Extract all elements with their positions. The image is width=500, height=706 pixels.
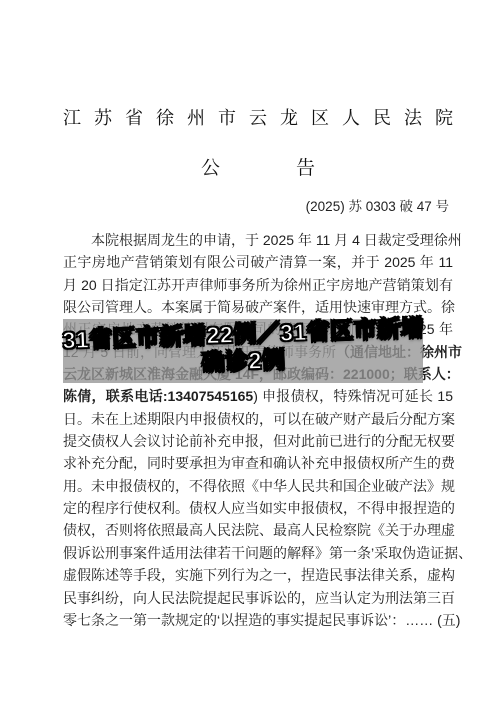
- body-text-segment: 提交债权人会议讨论前补充申报，但对此前已进行的分配无权要: [63, 433, 455, 449]
- body-line: 定的程序行使权利。债权人应当如实申报债权，不得申报捏造的: [63, 497, 453, 519]
- case-number: (2025) 苏 0303 破 47 号: [63, 198, 453, 216]
- body-line: 月 20 日指定江苏开声律师事务所为徐州正宇房地产营销策划有: [63, 274, 453, 296]
- body-line: 本院根据周龙生的申请，于 2025 年 11 月 4 日裁定受理徐州: [63, 229, 453, 251]
- body-line: 日。未在上述期限内申报债权的，可以在破产财产最后分配方案: [63, 408, 453, 430]
- body-line: 虚假陈述等手段，实施下列行为之一，捏造民事法律关系，虚构: [63, 564, 453, 586]
- body-line: 提交债权人会议讨论前补充申报，但对此前已进行的分配无权要: [63, 430, 453, 452]
- body-text-segment: 日。未在上述期限内申报债权的，可以在破产财产最后分配方案: [63, 411, 455, 427]
- body-line: 陈倩，联系电话:13407545165) 申报债权，特殊情况可延长 15: [63, 385, 453, 407]
- body-line: 求补充分配，同时要承担为审查和确认补充申报债权所产生的费: [63, 452, 453, 474]
- body-line: 用。未申报债权的，不得依照《中华人民共和国企业破产法》规: [63, 475, 453, 497]
- body-text-segment: 定的程序行使权利。债权人应当如实申报债权，不得申报捏造的: [63, 500, 455, 516]
- announcement-body: 本院根据周龙生的申请，于 2025 年 11 月 4 日裁定受理徐州正宇房地产营…: [63, 229, 453, 631]
- body-text-segment: 用。未申报债权的，不得依照《中华人民共和国企业破产法》规: [63, 478, 455, 494]
- body-line: 债权，否则将依照最高人民法院、最高人民检察院《关于办理虚: [63, 519, 453, 541]
- body-text-segment: 虚假陈述等手段，实施下列行为之一，捏造民事法律关系，虚构: [63, 567, 455, 583]
- body-text-segment: 假诉讼刑事案件适用法律若干问题的解释》第一条’采取伪造证据、: [63, 545, 472, 561]
- body-text-segment: 限公司管理人。本案属于简易破产案件，适用快速审理方式。徐: [63, 299, 455, 315]
- body-text-segment: ) 申报债权，特殊情况可延长 15: [253, 388, 453, 404]
- body-text-segment: 本院根据周龙生的申请，于 2025 年 11 月 4 日裁定受理徐州: [91, 232, 462, 248]
- announcement-heading: 公 告: [63, 156, 453, 182]
- scanned-court-notice-page: 江苏省徐州市云龙区人民法院 公 告 (2025) 苏 0303 破 47 号 本…: [0, 0, 500, 706]
- body-line: 民事纠纷，向人民法院提起民事诉讼的，应当认定为刑法第三百: [63, 587, 453, 609]
- body-line: 零七条之一第一款规定的‘以捏造的事实提起民事诉讼’：…… (五): [63, 609, 453, 631]
- body-line: 正宇房地产营销策划有限公司破产清算一案，并于 2025 年 11: [63, 251, 453, 273]
- body-line: 假诉讼刑事案件适用法律若干问题的解释》第一条’采取伪造证据、: [63, 542, 453, 564]
- body-text-segment: 零七条之一第一款规定的‘以捏造的事实提起民事诉讼’：…… (五): [63, 612, 460, 628]
- body-text-bold-segment: 陈倩，联系电话:13407545165: [63, 388, 253, 404]
- court-name-title: 江苏省徐州市云龙区人民法院: [63, 106, 453, 130]
- body-text-segment: 民事纠纷，向人民法院提起民事诉讼的，应当认定为刑法第三百: [63, 590, 455, 606]
- body-text-segment: 求补充分配，同时要承担为审查和确认补充申报债权所产生的费: [63, 455, 455, 471]
- body-text-segment: 正宇房地产营销策划有限公司破产清算一案，并于 2025 年 11: [63, 254, 453, 270]
- body-text-segment: 月 20 日指定江苏开声律师事务所为徐州正宇房地产营销策划有: [63, 277, 453, 293]
- body-text-segment: 债权，否则将依照最高人民法院、最高人民检察院《关于办理虚: [63, 522, 455, 538]
